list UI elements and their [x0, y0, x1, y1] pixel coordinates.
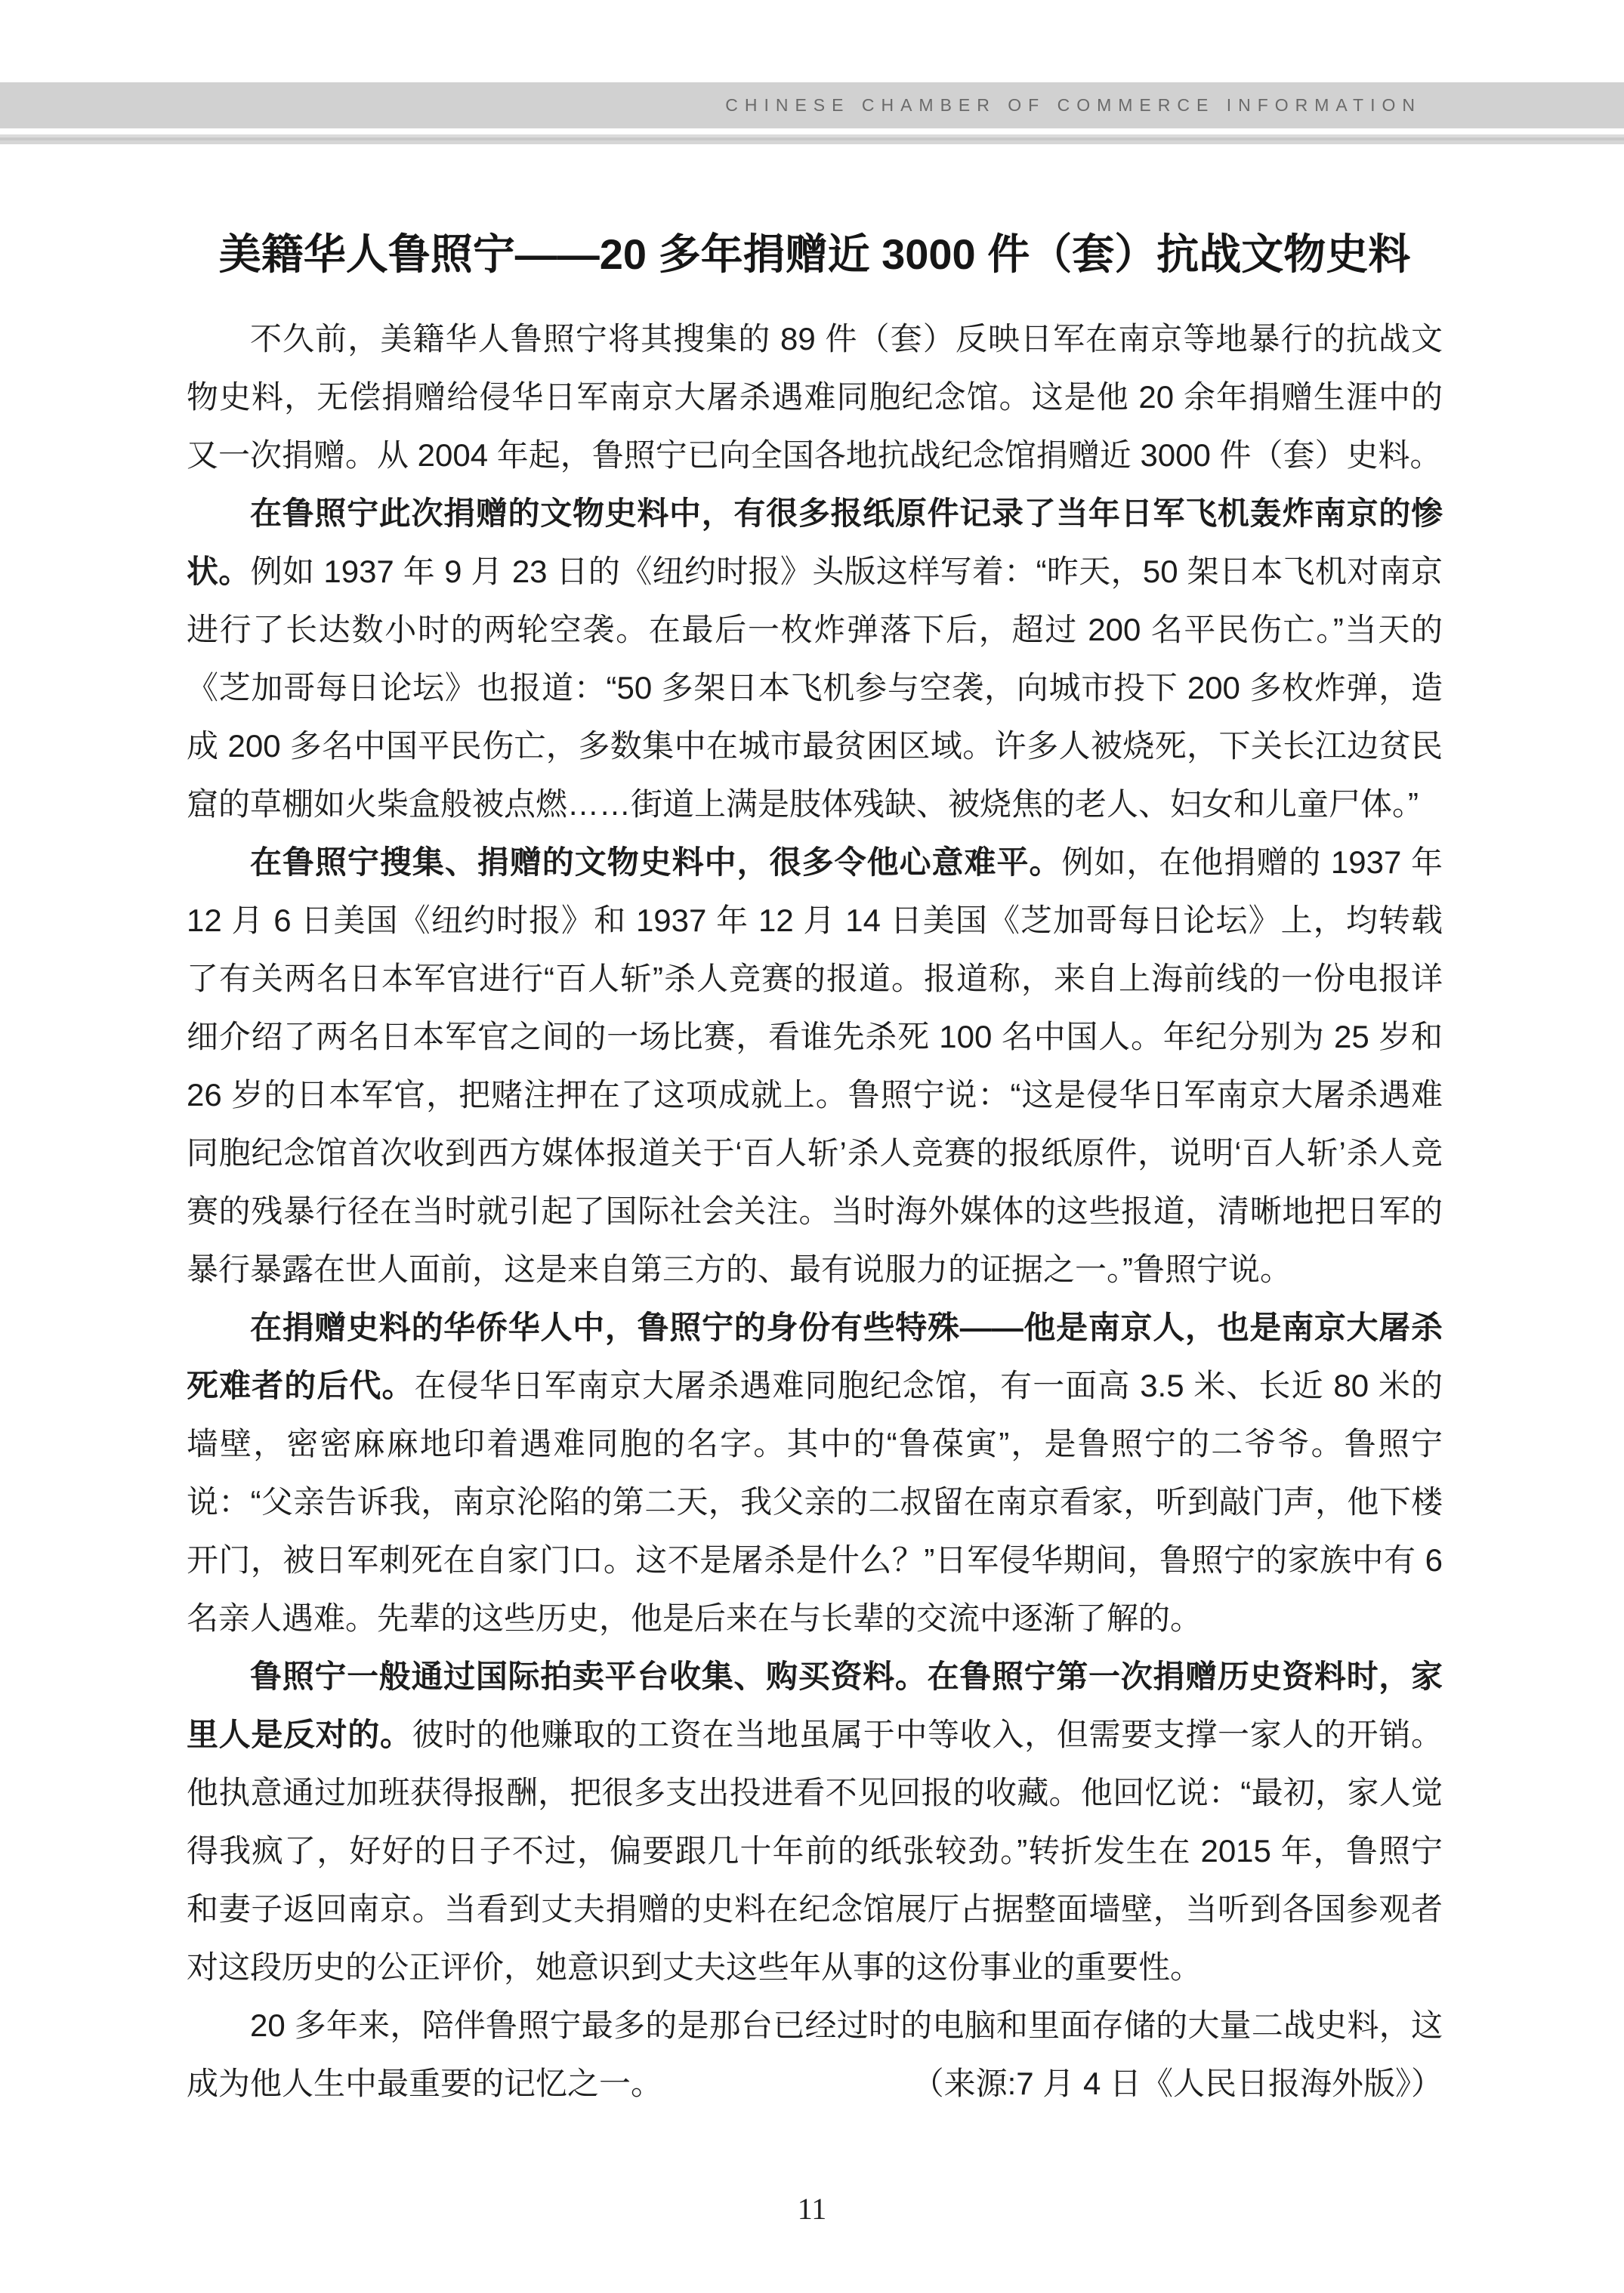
- article-paragraph-1: 不久前，美籍华人鲁照宁将其搜集的 89 件（套）反映日军在南京等地暴行的抗战文物…: [187, 310, 1443, 484]
- article-paragraph-2: 在鲁照宁此次捐赠的文物史料中，有很多报纸原件记录了当年日军飞机轰炸南京的惨状。例…: [187, 484, 1443, 833]
- document-page: CHINESE CHAMBER OF COMMERCE INFORMATION …: [0, 0, 1624, 2293]
- paragraph-3-text: 例如，在他捐赠的 1937 年 12 月 6 日美国《纽约时报》和 1937 年…: [187, 844, 1443, 1287]
- header-band: CHINESE CHAMBER OF COMMERCE INFORMATION: [0, 82, 1624, 128]
- article-source: （来源:7 月 4 日《人民日报海外版》）: [912, 2066, 1443, 2101]
- paragraph-2-text: 例如 1937 年 9 月 23 日的《纽约时报》头版这样写着：“昨天，50 架…: [187, 554, 1443, 822]
- article-paragraph-4: 在捐赠史料的华侨华人中，鲁照宁的身份有些特殊——他是南京人，也是南京大屠杀死难者…: [187, 1298, 1443, 1647]
- paragraph-1-text: 不久前，美籍华人鲁照宁将其搜集的 89 件（套）反映日军在南京等地暴行的抗战文物…: [187, 321, 1443, 473]
- article-paragraph-5: 鲁照宁一般通过国际拍卖平台收集、购买资料。在鲁照宁第一次捐赠历史资料时，家里人是…: [187, 1647, 1443, 1996]
- paragraph-3-lead-bold: 在鲁照宁搜集、捐赠的文物史料中，很多令他心意难平。: [250, 844, 1061, 880]
- article-title: 美籍华人鲁照宁——20 多年捐赠近 3000 件（套）抗战文物史料: [187, 231, 1443, 278]
- paragraph-4-text: 在侵华日军南京大屠杀遇难同胞纪念馆，有一面高 3.5 米、长近 80 米的墙壁，…: [187, 1368, 1443, 1636]
- article-paragraph-3: 在鲁照宁搜集、捐赠的文物史料中，很多令他心意难平。例如，在他捐赠的 1937 年…: [187, 833, 1443, 1298]
- page-number: 11: [0, 2190, 1624, 2228]
- article-body: 不久前，美籍华人鲁照宁将其搜集的 89 件（套）反映日军在南京等地暴行的抗战文物…: [187, 310, 1443, 2112]
- header-stripe: [0, 134, 1624, 144]
- paragraph-5-text: 彼时的他赚取的工资在当地虽属于中等收入，但需要支撑一家人的开销。他执意通过加班获…: [187, 1717, 1443, 1985]
- header-banner-text: CHINESE CHAMBER OF COMMERCE INFORMATION: [725, 82, 1422, 128]
